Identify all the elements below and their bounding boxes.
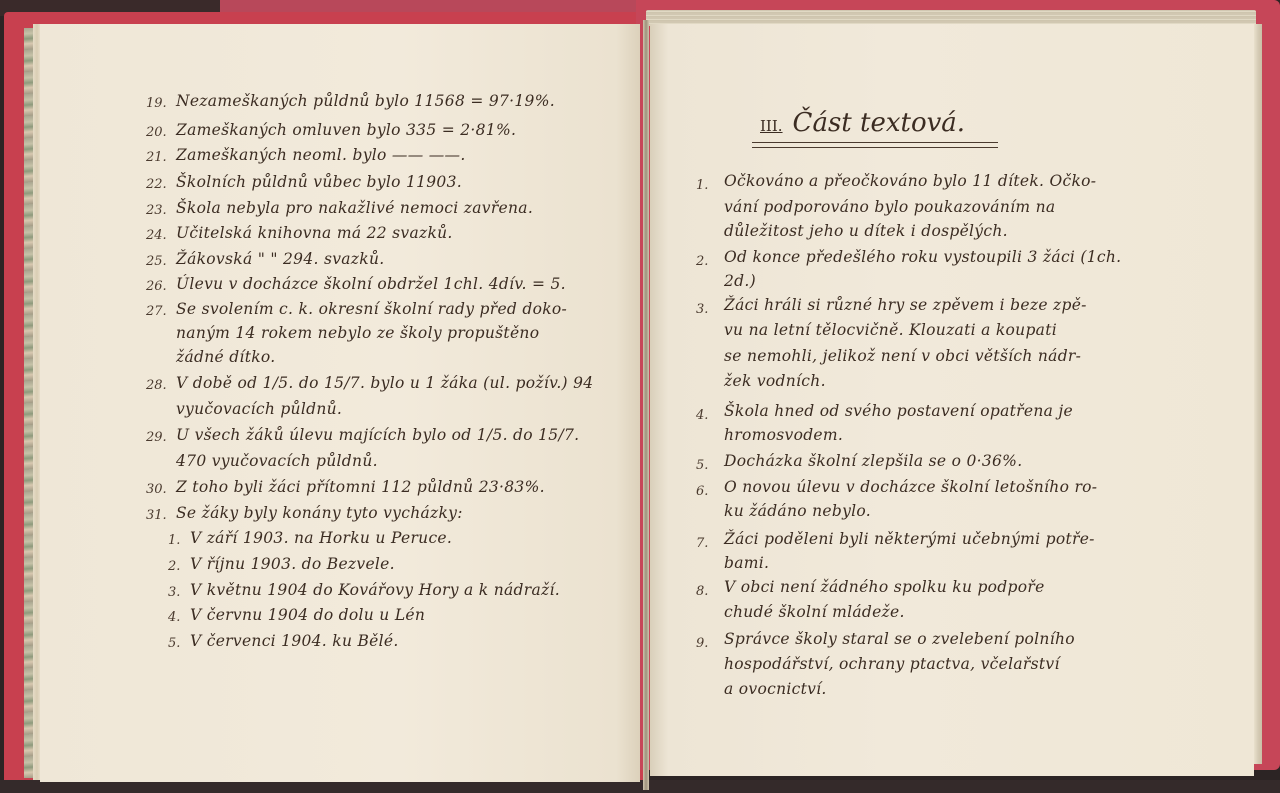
entry-line: vu na letní tělocvičně. Klouzati a koupa…: [724, 321, 1057, 339]
entry-line: U všech žáků úlevu majících bylo od 1/5.…: [176, 426, 579, 444]
item-number: 3.: [696, 302, 708, 317]
excursion-number: 5.: [168, 636, 180, 651]
item-number: 29.: [146, 430, 167, 445]
item-number: 23.: [146, 203, 167, 218]
entry-line: Škola nebyla pro nakažlivé nemoci zavřen…: [176, 199, 533, 217]
item-number: 19.: [146, 96, 167, 111]
entry-line: 2d.): [724, 272, 756, 290]
entry-line: Se svolením c. k. okresní školní rady př…: [176, 300, 567, 318]
excursion-number: 4.: [168, 610, 180, 625]
entry-line: Žáci hráli si různé hry se zpěvem i beze…: [724, 296, 1087, 314]
item-number: 4.: [696, 408, 708, 423]
entry-line: naným 14 rokem nebylo ze školy propuštěn…: [176, 324, 539, 342]
entry-line: Z toho byli žáci přítomni 112 půldnů 23·…: [176, 478, 545, 496]
item-number: 27.: [146, 304, 167, 319]
entry-line: Školních půldnů vůbec bylo 11903.: [176, 173, 462, 191]
item-number: 8.: [696, 584, 708, 599]
excursion-line: V září 1903. na Horku u Peruce.: [190, 529, 452, 547]
entry-line: Od konce předešlého roku vystoupili 3 žá…: [724, 248, 1121, 266]
entry-line: Úlevu v docházce školní obdržel 1chl. 4d…: [176, 275, 566, 293]
excursion-number: 1.: [168, 533, 180, 548]
item-number: 25.: [146, 254, 167, 269]
entry-line: Škola hned od svého postavení opatřena j…: [724, 402, 1073, 420]
item-number: 20.: [146, 125, 167, 140]
entry-line: Očkováno a přeočkováno bylo 11 dítek. Oč…: [724, 172, 1096, 190]
excursion-line: V červnu 1904 do dolu u Lén: [190, 606, 425, 624]
entry-line: Správce školy staral se o zvelebení poln…: [724, 630, 1075, 648]
item-number: 28.: [146, 378, 167, 393]
entry-line: důležitost jeho u dítek i dospělých.: [724, 222, 1008, 240]
item-number: 5.: [696, 458, 708, 473]
section-title: Část textová.: [793, 108, 966, 138]
item-number: 22.: [146, 177, 167, 192]
item-number: 9.: [696, 636, 708, 651]
entry-line: žádné dítko.: [176, 348, 276, 366]
entry-line: O novou úlevu v docházce školní letošníh…: [724, 478, 1097, 496]
excursion-line: V říjnu 1903. do Bezvele.: [190, 555, 395, 573]
page-stack-right: [1254, 24, 1262, 764]
item-number: 2.: [696, 254, 708, 269]
entry-line: V obci není žádného spolku ku podpoře: [724, 578, 1045, 596]
entry-line: V době od 1/5. do 15/7. bylo u 1 žáka (u…: [176, 374, 593, 392]
entry-line: vání podporováno bylo poukazováním na: [724, 198, 1055, 216]
entry-line: hromosvodem.: [724, 426, 843, 444]
excursion-number: 2.: [168, 559, 180, 574]
excursion-line: V květnu 1904 do Kovářovy Hory a k nádra…: [190, 581, 560, 599]
entry-line: ku žádáno nebylo.: [724, 502, 871, 520]
heading-double-underline: [752, 142, 998, 148]
entry-line: chudé školní mládeže.: [724, 603, 905, 621]
item-number: 21.: [146, 150, 167, 165]
book-gutter: [643, 20, 649, 790]
section-heading: III.Část textová.: [760, 108, 965, 138]
entry-line: se nemohli, jelikož není v obci větších …: [724, 347, 1081, 365]
item-number: 6.: [696, 484, 708, 499]
item-number: 24.: [146, 228, 167, 243]
entry-line: hospodářství, ochrany ptactva, včelařstv…: [724, 655, 1060, 673]
item-number: 7.: [696, 536, 708, 551]
excursion-line: V červenci 1904. ku Bělé.: [190, 632, 399, 650]
entry-line: žek vodních.: [724, 372, 826, 390]
excursion-number: 3.: [168, 585, 180, 600]
entry-line: Žákovská " " 294. svazků.: [176, 250, 384, 268]
item-number: 26.: [146, 279, 167, 294]
entry-line: Zameškaných omluven bylo 335 = 2·81%.: [176, 121, 516, 139]
entry-line: Žáci poděleni byli některými učebnými po…: [724, 530, 1095, 548]
item-number: 30.: [146, 482, 167, 497]
entry-line: vyučovacích půldnů.: [176, 400, 342, 418]
entry-line: Se žáky byly konány tyto vycházky:: [176, 504, 463, 522]
entry-line: bami.: [724, 554, 769, 572]
entry-line: Docházka školní zlepšila se o 0·36%.: [724, 452, 1022, 470]
section-roman-numeral: III.: [760, 117, 783, 135]
entry-line: a ovocnictví.: [724, 680, 827, 698]
item-number: 31.: [146, 508, 167, 523]
entry-line: Učitelská knihovna má 22 svazků.: [176, 224, 453, 242]
entry-line: 470 vyučovacích půldnů.: [176, 452, 378, 470]
entry-line: Zameškaných neoml. bylo —— ——.: [176, 146, 466, 164]
item-number: 1.: [696, 178, 708, 193]
entry-line: Nezameškaných půldnů bylo 11568 = 97·19%…: [176, 92, 555, 110]
